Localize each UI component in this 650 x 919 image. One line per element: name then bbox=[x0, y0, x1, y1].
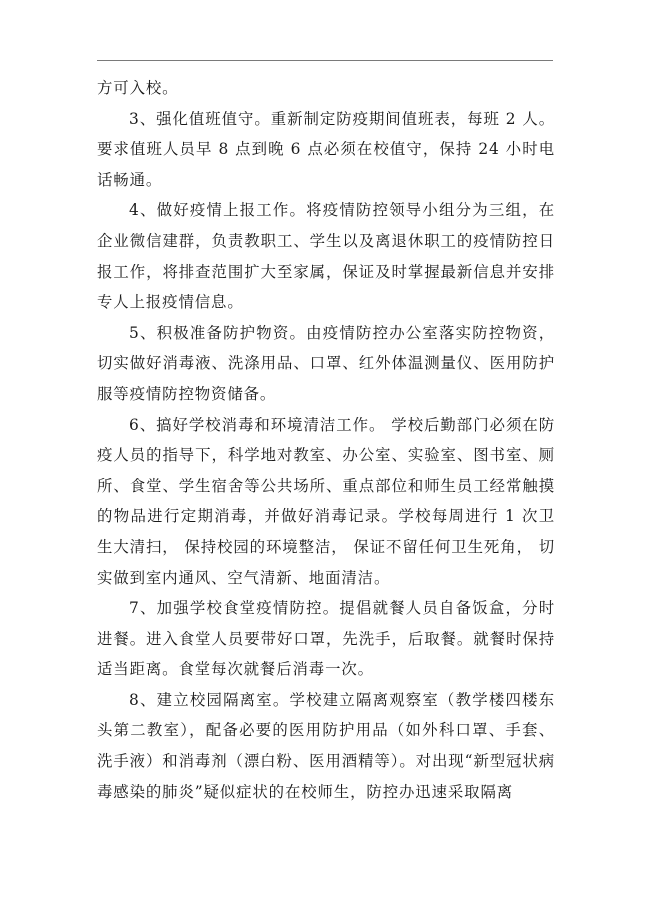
paragraph-item-8-isolation-room: 8、建立校园隔离室。学校建立隔离观察室（教学楼四楼东头第二教室），配备必要的医用… bbox=[97, 685, 555, 807]
paragraph-item-7-canteen-control: 7、加强学校食堂疫情防控。提倡就餐人员自备饭盒，分时进餐。进入食堂人员要带好口罩… bbox=[97, 593, 555, 685]
header-rule-divider bbox=[97, 60, 553, 61]
document-body: 方可入校。 3、强化值班值守。重新制定防疫期间值班表，每班 2 人。要求值班人员… bbox=[97, 73, 555, 807]
paragraph-item-3-duty-shifts: 3、强化值班值守。重新制定防疫期间值班表，每班 2 人。要求值班人员早 8 点到… bbox=[97, 104, 555, 196]
paragraph-item-5-protective-supplies: 5、积极准备防护物资。由疫情防控办公室落实防控物资，切实做好消毒液、洗涤用品、口… bbox=[97, 318, 555, 410]
document-page: 方可入校。 3、强化值班值守。重新制定防疫期间值班表，每班 2 人。要求值班人员… bbox=[0, 0, 650, 919]
paragraph-continued: 方可入校。 bbox=[97, 73, 555, 104]
paragraph-item-4-epidemic-reporting: 4、做好疫情上报工作。将疫情防控领导小组分为三组，在企业微信建群，负责教职工、学… bbox=[97, 195, 555, 317]
paragraph-item-6-disinfection-cleaning: 6、搞好学校消毒和环境清洁工作。 学校后勤部门必须在防疫人员的指导下，科学地对教… bbox=[97, 410, 555, 594]
